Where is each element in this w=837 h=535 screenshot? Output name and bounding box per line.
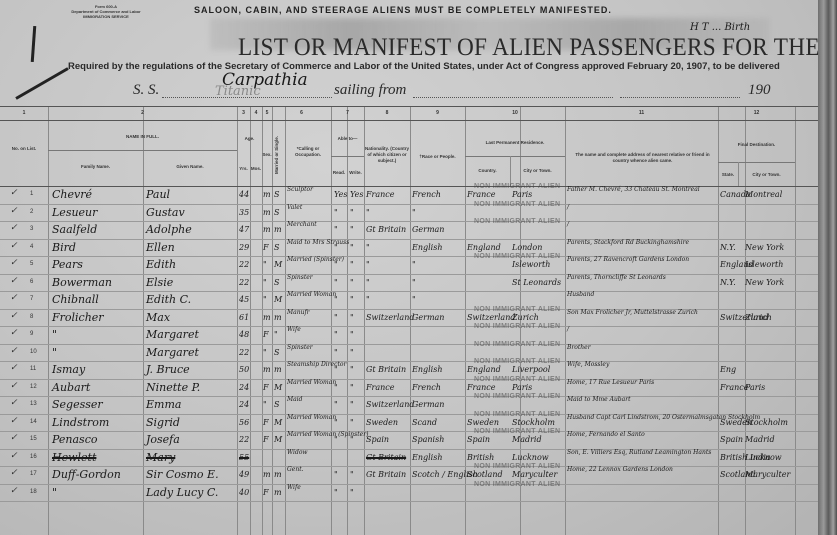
given-name: Adolphe <box>146 221 192 238</box>
destination-city: New York <box>745 274 784 291</box>
header-country: Country. <box>465 168 510 174</box>
sailing-from-label: sailing from <box>334 82 406 99</box>
marital-status: S <box>274 186 279 203</box>
can-read: " <box>334 361 338 378</box>
nearest-relative: Maid to Mme Aubart <box>567 396 631 413</box>
can-write: " <box>350 431 354 448</box>
given-name: Edith C. <box>146 291 191 308</box>
header-nearest-relative: The name and complete address of nearest… <box>575 152 710 164</box>
given-name: Margaret <box>146 344 199 361</box>
regulation-text: Required by the regulations of the Secre… <box>68 61 780 72</box>
column-number: 1 <box>0 110 48 116</box>
table-row: ✓1ChevréPaul44mSSculptorYesYesFranceFren… <box>0 186 818 203</box>
list-number: 12 <box>30 379 37 396</box>
list-number: 14 <box>30 414 37 431</box>
list-number: 3 <box>30 221 33 238</box>
occupation: Wife <box>287 326 301 343</box>
non-immigrant-stamp: NON IMMIGRANT ALIEN <box>474 411 560 418</box>
can-read: " <box>334 204 338 221</box>
can-read: " <box>334 291 338 308</box>
can-write: " <box>350 221 354 238</box>
subheader-rule <box>331 156 364 157</box>
check-mark: ✓ <box>10 433 18 443</box>
table-row: ✓4BirdEllen29FSMaid to Mrs Strauss"""Eng… <box>0 239 818 256</box>
check-mark: ✓ <box>10 311 18 321</box>
header-last-residence: Last Permanent Residence. <box>465 140 565 146</box>
race: English <box>412 361 443 378</box>
race: " <box>412 256 416 273</box>
age-years: 22 <box>239 431 249 448</box>
destination-city: New York <box>745 239 784 256</box>
check-mark: ✓ <box>10 486 18 496</box>
can-write: " <box>350 274 354 291</box>
can-write: " <box>350 326 354 343</box>
corner-annotation: H T ... Birth <box>690 22 750 33</box>
check-mark: ✓ <box>10 223 18 233</box>
race: German <box>412 396 444 413</box>
can-write: Yes <box>350 186 363 203</box>
ship-name-faded: Titanic <box>215 84 261 99</box>
non-immigrant-stamp: NON IMMIGRANT ALIEN <box>474 323 560 330</box>
subheader-rule <box>718 162 795 163</box>
family-name: Bird <box>52 239 76 256</box>
given-name: Ellen <box>146 239 175 256</box>
given-name: Ninette P. <box>146 379 200 396</box>
non-immigrant-stamp: NON IMMIGRANT ALIEN <box>474 428 560 435</box>
column-number: 2 <box>48 110 237 116</box>
race: Spanish <box>412 431 444 448</box>
family-name: Chibnall <box>52 291 99 308</box>
list-number: 17 <box>30 466 37 483</box>
check-mark: ✓ <box>10 188 18 198</box>
subcolumn-rule <box>738 162 739 186</box>
table-row: ✓13SegesserEmma24"SMaid""SwitzerlandGerm… <box>0 396 818 413</box>
sex: F <box>263 379 269 396</box>
column-number: 3 <box>237 110 250 116</box>
sex: m <box>263 309 271 326</box>
occupation: Widow <box>287 449 308 466</box>
family-name: Bowerman <box>52 274 112 291</box>
subcolumn-rule <box>510 156 511 186</box>
header-rule <box>0 120 818 121</box>
destination-city: Maryculter <box>745 466 790 483</box>
pen-mark <box>15 67 68 100</box>
family-name: Lindstrom <box>52 414 109 431</box>
race: French <box>412 186 441 203</box>
list-number: 13 <box>30 396 37 413</box>
occupation: Merchant <box>287 221 317 238</box>
check-mark: ✓ <box>10 346 18 356</box>
check-mark: ✓ <box>10 293 18 303</box>
marital-status: m <box>274 484 282 501</box>
family-name: Chevré <box>52 186 92 203</box>
table-row: ✓7ChibnallEdith C.45"MMarried Woman""""H… <box>0 291 818 308</box>
list-number: 5 <box>30 256 33 273</box>
family-name: Frolicher <box>52 309 104 326</box>
age-years: 40 <box>239 484 249 501</box>
can-read: " <box>334 256 338 273</box>
table-row: ✓11IsmayJ. Bruce50mmSteamship Director""… <box>0 361 818 378</box>
nationality: " <box>366 204 370 221</box>
family-name: Saalfeld <box>52 221 97 238</box>
given-name: J. Bruce <box>146 361 190 378</box>
sex: " <box>263 256 267 273</box>
table-row: ✓17Duff-GordonSir Cosmo E.49mmGent.""Gt … <box>0 466 818 483</box>
occupation: Married Woman (Spinster) <box>287 431 368 448</box>
non-immigrant-stamp: NON IMMIGRANT ALIEN <box>474 306 560 313</box>
can-read: Yes <box>334 186 347 203</box>
row-rule <box>0 501 818 502</box>
list-number: 7 <box>30 291 33 308</box>
nearest-relative: Son Max Frolicher Jr, Muttelstrasse Zuri… <box>567 309 698 326</box>
header-sex: Sex. <box>262 152 272 158</box>
table-row: ✓5PearsEdith22"MMarried (Spinster)""""Is… <box>0 256 818 273</box>
check-mark: ✓ <box>10 241 18 251</box>
can-write: " <box>350 484 354 501</box>
ss-label: S. S. <box>133 82 159 99</box>
list-number: 1 <box>30 186 33 203</box>
non-immigrant-stamp: NON IMMIGRANT ALIEN <box>474 376 560 383</box>
age-years: 56 <box>239 414 249 431</box>
check-mark: ✓ <box>10 206 18 216</box>
table-row: ✓18"Lady Lucy C.40FmWife""NON IMMIGRANT … <box>0 484 818 501</box>
nationality: Gt Britain <box>366 466 406 483</box>
occupation: Married Woman <box>287 414 336 431</box>
nearest-relative: Parents, Stackford Rd Buckinghamshire <box>567 239 689 256</box>
nationality: Switzerland <box>366 309 414 326</box>
can-read: " <box>334 239 338 256</box>
destination-city: Zurich <box>745 309 772 326</box>
header-name-in-full: NAME IN FULL. <box>48 134 237 140</box>
given-name: Sigrid <box>146 414 180 431</box>
check-mark: ✓ <box>10 381 18 391</box>
form-number-block: Form 600-A Department of Commerce and La… <box>66 4 146 19</box>
list-number: 15 <box>30 431 37 448</box>
nearest-relative: Home, 17 Rue Lesueur Paris <box>567 379 654 396</box>
header-read: Read. <box>331 170 347 176</box>
sex: " <box>263 291 267 308</box>
nearest-relative: / <box>567 326 569 343</box>
given-name: Margaret <box>146 326 199 343</box>
check-mark: ✓ <box>10 451 18 461</box>
marital-status: m <box>274 466 282 483</box>
nearest-relative: Son, E. Villiers Esq, Rutland Leamington… <box>567 449 711 466</box>
check-mark: ✓ <box>10 276 18 286</box>
race: " <box>412 291 416 308</box>
age-years: 49 <box>239 466 249 483</box>
header-given-name: Given Name. <box>143 164 237 170</box>
sex: F <box>263 414 269 431</box>
sex: m <box>263 466 271 483</box>
can-write: " <box>350 414 354 431</box>
sex: m <box>263 204 271 221</box>
occupation: Married Woman <box>287 379 336 396</box>
destination-state: N.Y. <box>720 239 736 256</box>
destination-city: Stockholm <box>745 414 788 431</box>
column-number: 6 <box>272 110 331 116</box>
can-read: " <box>334 414 338 431</box>
list-number: 9 <box>30 326 33 343</box>
non-immigrant-stamp: NON IMMIGRANT ALIEN <box>474 358 560 365</box>
can-read: " <box>334 274 338 291</box>
can-read: " <box>334 309 338 326</box>
non-immigrant-stamp: NON IMMIGRANT ALIEN <box>474 341 560 348</box>
occupation: Spinster <box>287 344 313 361</box>
header-mos: Mos. <box>250 166 262 172</box>
column-number: 11 <box>565 110 718 116</box>
column-number: 5 <box>262 110 272 116</box>
manifest-table: 123456789101112No. on List.NAME IN FULL.… <box>0 106 818 535</box>
age-years: 24 <box>239 379 249 396</box>
nearest-relative: Father M. Chevré, 33 Chateau St. Montrea… <box>567 186 700 203</box>
can-read: " <box>334 466 338 483</box>
manifest-sheet: Form 600-A Department of Commerce and La… <box>0 0 818 535</box>
age-years: 50 <box>239 361 249 378</box>
sex: m <box>263 221 271 238</box>
column-number: 7 <box>331 110 364 116</box>
age-years: 61 <box>239 309 249 326</box>
banner-text: SALOON, CABIN, AND STEERAGE ALIENS MUST … <box>194 5 612 15</box>
given-name: Gustav <box>146 204 185 221</box>
age-years: 22 <box>239 256 249 273</box>
occupation: Married Woman <box>287 291 336 308</box>
column-number: 12 <box>718 110 795 116</box>
non-immigrant-stamp: NON IMMIGRANT ALIEN <box>474 393 560 400</box>
nationality: Switzerland <box>366 396 414 413</box>
column-number: 8 <box>364 110 410 116</box>
pen-mark <box>31 26 37 62</box>
non-immigrant-stamp: NON IMMIGRANT ALIEN <box>474 218 560 225</box>
can-read: " <box>334 221 338 238</box>
occupation: Wife <box>287 484 301 501</box>
header-write: Write. <box>347 170 364 176</box>
nearest-relative: Brother <box>567 344 591 361</box>
table-row: ✓16HewlettMary55WidowGt BritainEnglishBr… <box>0 449 818 466</box>
sex: F <box>263 484 269 501</box>
list-number: 2 <box>30 204 33 221</box>
marital-status: S <box>274 204 279 221</box>
non-immigrant-stamp: NON IMMIGRANT ALIEN <box>474 183 560 190</box>
can-write: " <box>350 379 354 396</box>
race: German <box>412 309 444 326</box>
list-number: 16 <box>30 449 37 466</box>
column-number: 10 <box>465 110 565 116</box>
subheader-rule <box>465 156 565 157</box>
nationality: Spain <box>366 431 389 448</box>
can-read: " <box>334 484 338 501</box>
race: German <box>412 221 444 238</box>
header-rule <box>0 106 818 107</box>
can-read: " <box>334 379 338 396</box>
nearest-relative: Home, Fernando el Santo <box>567 431 645 448</box>
can-write: " <box>350 344 354 361</box>
race: French <box>412 379 441 396</box>
family-name: Duff-Gordon <box>52 466 121 483</box>
destination-city: Madrid <box>745 431 775 448</box>
header-dest-city: City or Town. <box>738 172 795 178</box>
occupation: Spinster <box>287 274 313 291</box>
family-name: Ismay <box>52 361 85 378</box>
marital-status: S <box>274 239 279 256</box>
table-row: ✓12AubartNinette P.24FMMarried Woman""Fr… <box>0 379 818 396</box>
given-name: Sir Cosmo E. <box>146 466 219 483</box>
occupation: Valet <box>287 204 302 221</box>
nearest-relative: Parents, 27 Ravencroft Gardens London <box>567 256 689 273</box>
marital-status: S <box>274 344 279 361</box>
sex: " <box>263 344 267 361</box>
table-row: ✓10"Margaret22"SSpinster""BrotherNON IMM… <box>0 344 818 361</box>
sex: m <box>263 361 271 378</box>
list-number: 4 <box>30 239 33 256</box>
family-name: Penasco <box>52 431 98 448</box>
table-row: ✓15PenascoJosefa22FMMarried Woman (Spins… <box>0 431 818 448</box>
age-years: 35 <box>239 204 249 221</box>
header-family-name: Family Name. <box>48 164 143 170</box>
table-row: ✓9"Margaret48F"Wife""/NON IMMIGRANT ALIE… <box>0 326 818 343</box>
destination-city: Montreal <box>745 186 782 203</box>
destination-city: Isleworth <box>745 256 783 273</box>
nearest-relative: / <box>567 221 569 238</box>
given-name: Lady Lucy C. <box>146 484 218 501</box>
list-number: 8 <box>30 309 33 326</box>
destination-state: Eng <box>720 361 736 378</box>
marital-status: m <box>274 221 282 238</box>
nationality: Gt Britain <box>366 361 406 378</box>
table-row: ✓14LindstromSigrid56FMMarried Woman""Swe… <box>0 414 818 431</box>
nationality: France <box>366 379 395 396</box>
family-name: " <box>52 326 57 343</box>
sex: F <box>263 431 269 448</box>
given-name: Mary <box>146 449 175 466</box>
occupation: Maid <box>287 396 302 413</box>
nearest-relative: Parents, Thorncliffe St Leonards <box>567 274 666 291</box>
header-race: †Race or People. <box>410 154 465 160</box>
can-write: " <box>350 309 354 326</box>
age-years: 48 <box>239 326 249 343</box>
can-read: " <box>334 431 338 448</box>
non-immigrant-stamp: NON IMMIGRANT ALIEN <box>474 463 560 470</box>
family-name: " <box>52 344 57 361</box>
check-mark: ✓ <box>10 416 18 426</box>
race: Scand <box>412 414 437 431</box>
nationality: Gt Britain <box>366 221 406 238</box>
marital-status: " <box>274 326 278 343</box>
family-name: Pears <box>52 256 83 273</box>
list-number: 18 <box>30 484 37 501</box>
nearest-relative: / <box>567 204 569 221</box>
list-number: 11 <box>30 361 36 378</box>
header-age: Age. <box>237 136 262 142</box>
header-yrs: Yrs. <box>237 166 250 172</box>
check-mark: ✓ <box>10 328 18 338</box>
non-immigrant-stamp: NON IMMIGRANT ALIEN <box>474 253 560 260</box>
given-name: Josefa <box>146 431 180 448</box>
destination-state: Spain <box>720 431 743 448</box>
marital-status: S <box>274 396 279 413</box>
non-immigrant-stamp: NON IMMIGRANT ALIEN <box>474 481 560 488</box>
age-years: 47 <box>239 221 249 238</box>
table-row: ✓8FrolicherMax61mmManufr""SwitzerlandGer… <box>0 309 818 326</box>
can-write: " <box>350 256 354 273</box>
family-name: " <box>52 484 57 501</box>
destination-city: Lucknow <box>745 449 782 466</box>
nearest-relative: Home, 22 Lennox Gardens London <box>567 466 673 483</box>
family-name: Lesueur <box>52 204 97 221</box>
occupation: Gent. <box>287 466 304 483</box>
destination-city: Paris <box>745 379 765 396</box>
can-read: " <box>334 396 338 413</box>
table-row: ✓2LesueurGustav35mSValet""""/NON IMMIGRA… <box>0 204 818 221</box>
sex: F <box>263 239 269 256</box>
age-years: 29 <box>239 239 249 256</box>
race: English <box>412 449 443 466</box>
header-calling: *Calling or Occupation. <box>285 146 331 158</box>
can-write: " <box>350 466 354 483</box>
nationality: Sweden <box>366 414 398 431</box>
sex: " <box>263 396 267 413</box>
check-mark: ✓ <box>10 398 18 408</box>
marital-status: m <box>274 309 282 326</box>
year-label: 190 <box>748 82 771 99</box>
list-number: 6 <box>30 274 33 291</box>
age-years: 44 <box>239 186 249 203</box>
occupation: Maid to Mrs Strauss <box>287 239 349 256</box>
family-name: Hewlett <box>52 449 96 466</box>
nationality: " <box>366 239 370 256</box>
column-number: 4 <box>250 110 262 116</box>
age-years: 24 <box>239 396 249 413</box>
family-name: Aubart <box>52 379 90 396</box>
table-row: ✓6BowermanElsie22"SSpinster""""St Leonar… <box>0 274 818 291</box>
given-name: Emma <box>146 396 181 413</box>
marital-status: S <box>274 274 279 291</box>
given-name: Max <box>146 309 170 326</box>
can-write: " <box>350 396 354 413</box>
race: English <box>412 239 443 256</box>
subheader-rule <box>48 150 237 151</box>
sailing-from-line <box>413 97 613 98</box>
header-able-to: Able to— <box>331 136 364 142</box>
header-final-destination: Final Destination. <box>718 142 795 148</box>
binding-edge <box>818 0 837 535</box>
non-immigrant-stamp: NON IMMIGRANT ALIEN <box>474 201 560 208</box>
age-years: 22 <box>239 344 249 361</box>
list-number: 10 <box>30 344 37 361</box>
age-years: 22 <box>239 274 249 291</box>
can-write: " <box>350 361 354 378</box>
race: " <box>412 204 416 221</box>
can-read: " <box>334 344 338 361</box>
nationality: " <box>366 256 370 273</box>
occupation: Manufr <box>287 309 310 326</box>
given-name: Paul <box>146 186 170 203</box>
age-years: 45 <box>239 291 249 308</box>
given-name: Edith <box>146 256 176 273</box>
header-nationality: Nationality. (Country of which citizen o… <box>364 146 410 164</box>
check-mark: ✓ <box>10 363 18 373</box>
nearest-relative: Husband <box>567 291 594 308</box>
age-years: 55 <box>239 449 249 466</box>
sex: m <box>263 186 271 203</box>
marital-status: M <box>274 291 282 308</box>
marital-status: M <box>274 256 282 273</box>
sex: F <box>263 326 269 343</box>
can-write: " <box>350 204 354 221</box>
race: " <box>412 274 416 291</box>
nationality: Gt Britain <box>366 449 406 466</box>
marital-status: M <box>274 379 282 396</box>
nationality: " <box>366 291 370 308</box>
